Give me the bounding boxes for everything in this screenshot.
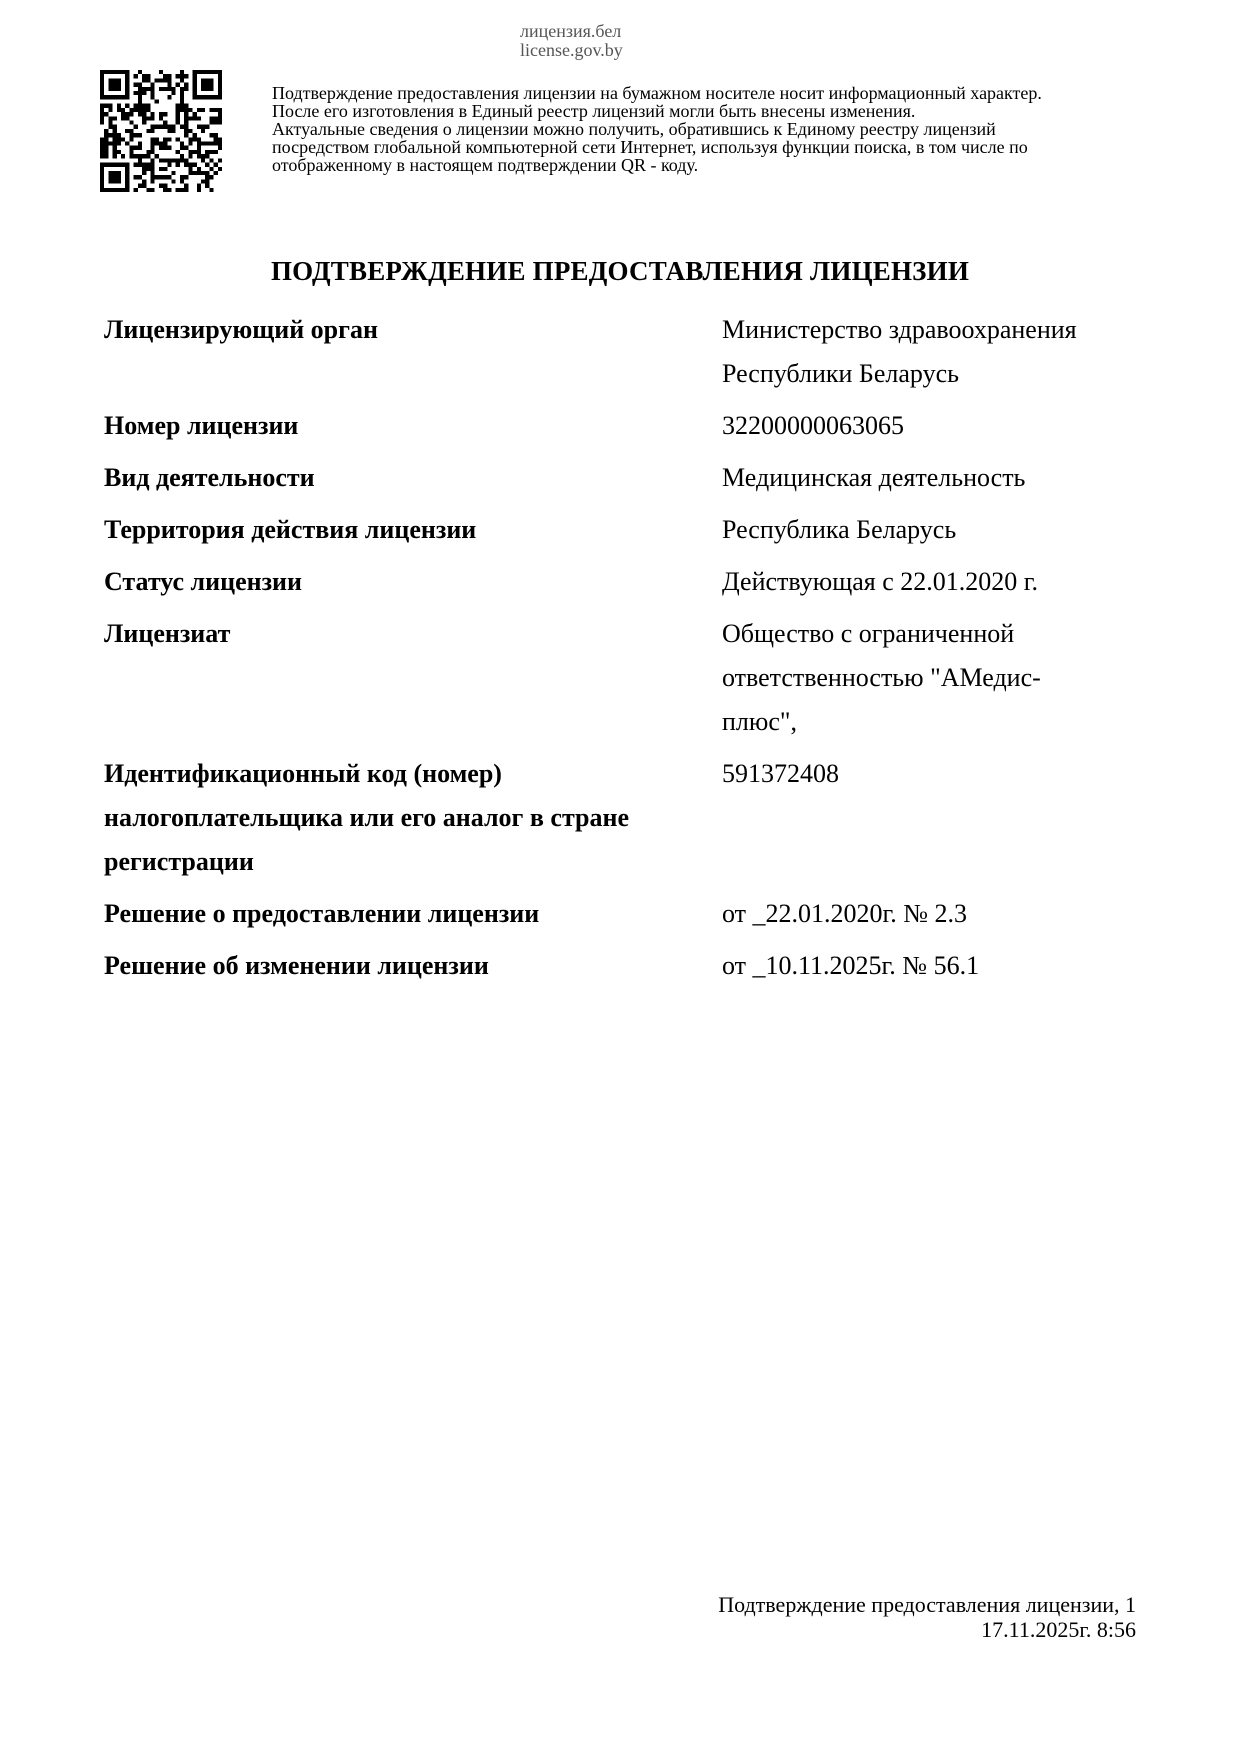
field-value: Медицинская деятельность	[722, 456, 1142, 500]
field-label: Статус лицензии	[104, 560, 722, 604]
field-label: Лицензирующий орган	[104, 308, 722, 396]
field-value: 32200000063065	[722, 404, 1142, 448]
field-value: от _22.01.2020г. № 2.3	[722, 892, 1142, 936]
field-label: Вид деятельности	[104, 456, 722, 500]
field-row-grant-decision: Решение о предоставлении лицензии от _22…	[104, 892, 1144, 936]
field-value: от _10.11.2025г. № 56.1	[722, 944, 1142, 988]
notice-line: Актуальные сведения о лицензии можно пол…	[272, 120, 1172, 138]
license-details: Лицензирующий орган Министерство здравоо…	[104, 308, 1144, 996]
field-row-change-decision: Решение об изменении лицензии от _10.11.…	[104, 944, 1144, 988]
disclaimer-notice: Подтверждение предоставления лицензии на…	[272, 84, 1172, 174]
notice-line: отображенному в настоящем подтверждении …	[272, 156, 1172, 174]
qr-code-icon	[100, 70, 222, 192]
field-label: Решение об изменении лицензии	[104, 944, 722, 988]
site-address: лицензия.бел license.gov.by	[520, 22, 623, 60]
field-value: Республика Беларусь	[722, 508, 1142, 552]
document-title: ПОДТВЕРЖДЕНИЕ ПРЕДОСТАВЛЕНИЯ ЛИЦЕНЗИИ	[0, 256, 1240, 287]
field-value: 591372408	[722, 752, 1142, 884]
field-row-licensing-authority: Лицензирующий орган Министерство здравоо…	[104, 308, 1144, 396]
site-address-latin: license.gov.by	[520, 41, 623, 60]
field-value: Общество с ограниченной ответственностью…	[722, 612, 1082, 744]
field-row-territory: Территория действия лицензии Республика …	[104, 508, 1144, 552]
field-label: Лицензиат	[104, 612, 722, 744]
notice-line: После его изготовления в Единый реестр л…	[272, 102, 1172, 120]
field-label: Решение о предоставлении лицензии	[104, 892, 722, 936]
site-address-cyrillic: лицензия.бел	[520, 22, 623, 41]
field-label: Территория действия лицензии	[104, 508, 722, 552]
footer-timestamp: 17.11.2025г. 8:56	[718, 1617, 1136, 1642]
footer-page-label: Подтверждение предоставления лицензии, 1	[718, 1592, 1136, 1617]
field-row-licensee: Лицензиат Общество с ограниченной ответс…	[104, 612, 1144, 744]
field-row-license-number: Номер лицензии 32200000063065	[104, 404, 1144, 448]
field-label: Идентификационный код (номер) налогоплат…	[104, 752, 722, 884]
field-row-activity-type: Вид деятельности Медицинская деятельност…	[104, 456, 1144, 500]
field-value: Действующая с 22.01.2020 г.	[722, 560, 1142, 604]
field-value: Министерство здравоохранения Республики …	[722, 308, 1122, 396]
notice-line: посредством глобальной компьютерной сети…	[272, 138, 1172, 156]
field-row-status: Статус лицензии Действующая с 22.01.2020…	[104, 560, 1144, 604]
notice-line: Подтверждение предоставления лицензии на…	[272, 84, 1172, 102]
field-label: Номер лицензии	[104, 404, 722, 448]
field-row-taxpayer-id: Идентификационный код (номер) налогоплат…	[104, 752, 1144, 884]
page-footer: Подтверждение предоставления лицензии, 1…	[718, 1592, 1136, 1642]
